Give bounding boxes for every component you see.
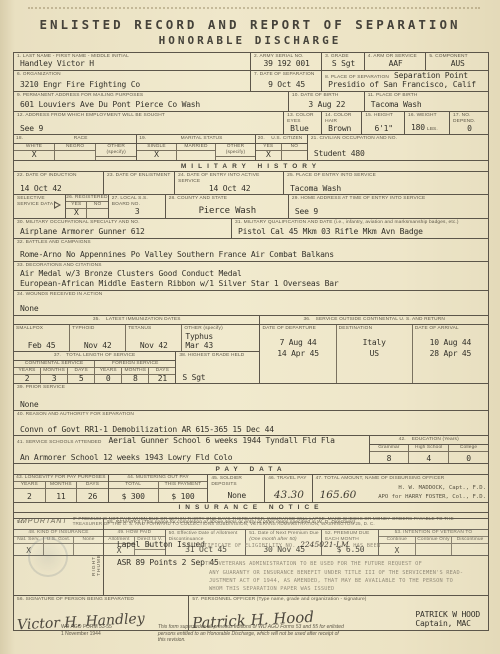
field-thumbprint-number: 54.	[17, 520, 101, 526]
row-pay: 43. LONGEVITY FOR PAY PURPOSES YEARS2 MO…	[14, 475, 488, 503]
field-registered-label: 26. REGISTERED	[66, 195, 108, 202]
field-decorations-line1: Air Medal w/3 Bronze Clusters Good Condu…	[17, 269, 486, 279]
registered-no-label: NO	[87, 202, 107, 209]
field-decorations-line2: European-African Middle Eastern Ribbon w…	[17, 279, 486, 289]
row-physical: 12. ADDRESS FROM WHICH EMPLOYMENT WILL B…	[14, 112, 488, 136]
field-date-induction: 22. DATE OF INDUCTION 14 Oct 42	[14, 172, 104, 195]
length-service-number: 37.	[54, 353, 61, 359]
field-race: 18. RACE WHITE X NEGRO OTHER (specify)	[14, 135, 137, 160]
arrival-row2: 28 Apr 45	[413, 350, 488, 359]
field-selective-service-data: SELECTIVE SERVICE DATA	[14, 195, 66, 218]
field-education-number: 42.	[399, 437, 406, 443]
longevity-days: DAYS26	[77, 482, 108, 502]
registered-option-no: NO	[87, 202, 107, 218]
stamp-certificate-line1a: A CERTIFICATE OF ELIGIBILITY NO.	[187, 543, 295, 549]
immunization-length-column: 35. LATEST IMMUNIZATION DATES SMALLPOX F…	[14, 316, 260, 383]
tetanus-value: Nov 42	[126, 342, 181, 351]
continental-days: DAYS5	[68, 368, 95, 384]
race-other-label: OTHER (specify)	[96, 144, 136, 157]
immunization-other: OTHER (specify) Typhus Mar 43	[182, 325, 259, 351]
field-qualifications-label: 31. MILITARY QUALIFICATION AND DATE (i.e…	[235, 220, 486, 226]
marital-option-other: OTHER (specify)	[216, 144, 255, 160]
field-longevity-label: 43. LONGEVITY FOR PAY PURPOSES	[14, 475, 108, 482]
section-pay-data: PAY DATA	[14, 464, 488, 475]
field-mos-label: 30. MILITARY OCCUPATIONAL SPECIALTY AND …	[17, 220, 229, 226]
field-mustering-out-pay: 44. MUSTERING OUT PAY TOTAL$ 300 THIS PA…	[109, 475, 209, 502]
field-serial-no: 2. ARMY SERIAL NO. 39 192 001	[251, 53, 322, 70]
field-mos: 30. MILITARY OCCUPATIONAL SPECIALTY AND …	[14, 219, 232, 238]
field-reason-separation-value: Convn of Govt RR1-1 Demobilization AR 61…	[17, 426, 486, 435]
field-prior-service: 39. PRIOR SERVICE None	[14, 384, 488, 410]
continental-years-value: 2	[14, 375, 40, 384]
field-civilian-occupation-label: 21. CIVILIAN OCCUPATION AND NO.	[311, 136, 486, 142]
field-local-board-value: 3	[112, 208, 163, 217]
field-employment-address-value: See 9	[17, 125, 281, 134]
field-color-hair-value: Brown	[325, 125, 359, 134]
field-place-birth: 11. PLACE OF BIRTH Tacoma Wash	[365, 92, 488, 111]
field-battles-campaigns-value: Rome-Arno No Appennines Po Valley Southe…	[17, 251, 486, 260]
field-highest-grade-label: 38. HIGHEST GRADE HELD	[179, 353, 257, 359]
field-race-title: RACE	[27, 136, 134, 142]
right-thumb-label: RIGHT THUMB	[92, 538, 102, 576]
field-weight-value: 180	[408, 124, 425, 133]
row-identity: 1. LAST NAME - FIRST NAME - MIDDLE INITI…	[14, 53, 488, 71]
field-last-name-value: Handley Victor H	[17, 60, 248, 69]
arrival-header: DATE OF ARRIVAL	[413, 325, 488, 333]
field-place-birth-label: 11. PLACE OF BIRTH	[368, 93, 486, 99]
field-date-active-service: 24. DATE OF ENTRY INTO ACTIVE SERVICE 14…	[175, 172, 284, 195]
field-personnel-officer-label: 57. PERSONNEL OFFICER (Type name, grade …	[192, 597, 486, 603]
field-total-amount-value: 165.60	[316, 489, 357, 501]
departure-row1: 7 Aug 44	[260, 339, 335, 348]
race-option-negro: NEGRO	[55, 144, 96, 160]
immunization-tetanus: TETANUS Nov 42	[126, 325, 182, 351]
longevity-months-value: 11	[46, 493, 77, 502]
round-stamp-smudge	[28, 537, 68, 577]
form-supersede-note: This form supersedes all previous editio…	[158, 624, 348, 644]
field-service-schools-line2: An Armorer School 12 weeks 1943 Lowry Fl…	[17, 454, 367, 463]
field-color-hair: 14. COLOR HAIR Brown	[322, 112, 362, 135]
field-thumbprint-box: 54. RIGHT THUMB	[14, 519, 104, 595]
field-employment-address-label: 12. ADDRESS FROM WHICH EMPLOYMENT WILL B…	[17, 113, 281, 119]
field-component-value: AUS	[429, 60, 486, 69]
field-travel-pay: 46. TRAVEL PAY 43.30	[265, 475, 312, 502]
field-civilian-occupation-value: Student 480	[311, 150, 486, 159]
field-soldier-deposits-label: 45. SOLDIER DEPOSITS	[211, 476, 262, 488]
field-citizen: 20. U.S. CITIZEN YES X NO	[256, 135, 308, 160]
field-soldier-deposits: 45. SOLDIER DEPOSITS None	[208, 475, 265, 502]
immunization-smallpox: SMALLPOX Feb 45	[14, 325, 70, 351]
marital-married-label: MARRIED	[177, 144, 216, 151]
field-place-entry: 25. PLACE OF ENTRY INTO SERVICE Tacoma W…	[284, 172, 488, 195]
field-height-value: 6'1"	[365, 125, 402, 134]
education-grammar: Grammar8	[370, 445, 410, 463]
disbursing-officer-for: APO for HARRY FOSTER, Col., F.D.	[378, 493, 486, 501]
row-prior-service: 39. PRIOR SERVICE None	[14, 384, 488, 411]
certificate-number: 2245021-LM	[300, 540, 349, 549]
row-decorations: 33. DECORATIONS AND CITATIONS Air Medal …	[14, 262, 488, 291]
field-place-birth-value: Tacoma Wash	[368, 101, 486, 110]
education-highschool-value: 4	[409, 455, 448, 464]
row-address: 9. PERMANENT ADDRESS FOR MAILING PURPOSE…	[14, 92, 488, 112]
field-reason-separation-label: 40. REASON AND AUTHORITY FOR SEPARATION	[17, 412, 486, 418]
field-wounds-value: None	[17, 305, 486, 314]
field-permanent-address-label: 9. PERMANENT ADDRESS FOR MAILING PURPOSE…	[17, 93, 286, 99]
field-home-address-entry: 29. HOME ADDRESS AT TIME OF ENTRY INTO S…	[289, 195, 488, 218]
perforation-edge	[28, 7, 480, 9]
row-induction: 22. DATE OF INDUCTION 14 Oct 42 23. DATE…	[14, 172, 488, 196]
field-dependents-label: 17. NO. DEPEND.	[453, 113, 486, 125]
row-remarks: 54. RIGHT THUMB 55. REMARKS (This space …	[14, 519, 488, 596]
form-title: ENLISTED RECORD AND REPORT OF SEPARATION	[0, 17, 500, 32]
service-outside-title: SERVICE OUTSIDE CONTINENTAL U. S. AND RE…	[316, 317, 445, 323]
field-permanent-address-value: 601 Louviers Ave Du Pont Pierce Co Wash	[17, 101, 286, 110]
field-highest-grade: 38. HIGHEST GRADE HELD S Sgt	[176, 352, 259, 384]
immunization-typhoid: TYPHOID Nov 42	[70, 325, 126, 351]
race-white-mark: X	[14, 151, 54, 160]
length-service-title: TOTAL LENGTH OF SERVICE	[66, 353, 135, 359]
form-revision-date: 1 November 1944	[61, 631, 112, 638]
citizen-yes-mark: X	[256, 151, 281, 160]
foreign-months-value: 8	[122, 375, 148, 384]
field-decorations: 33. DECORATIONS AND CITATIONS Air Medal …	[14, 262, 488, 290]
disbursing-officer-name: H. W. MADDOCK, Capt., F.D.	[378, 484, 486, 492]
field-county-state-label: 28. COUNTY AND STATE	[169, 196, 286, 202]
foreign-days-value: 21	[149, 375, 175, 384]
field-color-hair-label: 14. COLOR HAIR	[325, 113, 359, 125]
field-education: 42. EDUCATION (Years) Grammar8 High Scho…	[370, 436, 489, 463]
field-grade-value: S Sgt	[325, 60, 362, 69]
field-wounds-label: 34. WOUNDS RECEIVED IN ACTION	[17, 292, 486, 298]
field-race-number: 18.	[16, 136, 23, 142]
field-service-schools: 41. SERVICE SCHOOLS ATTENDED Aerial Gunn…	[14, 436, 370, 463]
stamp-certificate-line4: JUSTMENT ACT OF 1944, AS AMENDED, THAT M…	[117, 578, 486, 586]
field-total-amount-label: 47. TOTAL AMOUNT, NAME OF DISBURSING OFF…	[316, 476, 486, 482]
field-total-amount: 47. TOTAL AMOUNT, NAME OF DISBURSING OFF…	[313, 475, 488, 502]
field-immunization: 35. LATEST IMMUNIZATION DATES SMALLPOX F…	[14, 316, 259, 352]
selective-service-arrow-icon	[54, 201, 61, 209]
destination-row2: US	[337, 350, 412, 359]
field-civilian-occupation: 21. CIVILIAN OCCUPATION AND NO. Student …	[308, 135, 488, 160]
form-number-block: WD AGO FORM 53-55 1 November 1944	[61, 624, 112, 644]
field-qualifications: 31. MILITARY QUALIFICATION AND DATE (i.e…	[232, 219, 488, 238]
field-dependents-value: 0	[453, 125, 486, 134]
field-county-state-value: Pierce Wash	[169, 207, 286, 217]
field-home-address-entry-label: 29. HOME ADDRESS AT TIME OF ENTRY INTO S…	[292, 196, 486, 202]
field-place-separation-value2: Presidio of San Francisco, Calif	[325, 81, 486, 90]
field-organization-label: 6. ORGANIZATION	[17, 72, 248, 78]
row-reason-separation: 40. REASON AND AUTHORITY FOR SEPARATION …	[14, 411, 488, 436]
marital-option-single: SINGLE X	[137, 144, 177, 160]
foreign-years: YEARS0	[95, 368, 122, 384]
length-grade-row: 37. TOTAL LENGTH OF SERVICE CONTINENTAL …	[14, 352, 259, 384]
row-schools-education: 41. SERVICE SCHOOLS ATTENDED Aerial Gunn…	[14, 436, 488, 464]
field-height: 15. HEIGHT 6'1"	[362, 112, 405, 135]
field-battles-campaigns: 32. BATTLES AND CAMPAIGNS Rome-Arno No A…	[14, 239, 488, 261]
longevity-days-value: 26	[77, 493, 108, 502]
field-home-address-entry-value: See 9	[292, 208, 486, 217]
field-date-birth-value: 3 Aug 22	[292, 101, 362, 110]
selective-service-label: SELECTIVE SERVICE DATA	[17, 196, 55, 208]
foreign-days: DAYS21	[149, 368, 175, 384]
tetanus-label: TETANUS	[126, 325, 181, 333]
field-serial-no-value: 39 192 001	[254, 60, 319, 69]
field-service-schools-label: 41. SERVICE SCHOOLS ATTENDED	[17, 440, 102, 446]
field-last-name: 1. LAST NAME - FIRST NAME - MIDDLE INITI…	[14, 53, 251, 70]
field-date-separation-label: 7. DATE OF SEPARATION	[254, 72, 319, 78]
mustering-this-payment: THIS PAYMENT$ 100	[159, 482, 208, 502]
field-date-enlistment-label: 23. DATE OF ENLISTMENT	[107, 173, 172, 179]
field-soldier-deposits-value: None	[211, 492, 262, 501]
field-permanent-address: 9. PERMANENT ADDRESS FOR MAILING PURPOSE…	[14, 92, 289, 111]
service-outside-number: 36.	[303, 317, 310, 323]
field-place-entry-value: Tacoma Wash	[287, 185, 486, 194]
field-separatee-signature-label: 56. SIGNATURE OF PERSON BEING SEPARATED	[17, 597, 186, 603]
continental-service-label: CONTINENTAL SERVICE	[14, 361, 95, 367]
field-date-birth-label: 10. DATE OF BIRTH	[292, 93, 362, 99]
field-weight-label: 16. WEIGHT	[408, 113, 447, 119]
field-remarks-label: 55. REMARKS (This space for completion o…	[107, 520, 486, 526]
marital-other-label: OTHER (specify)	[216, 144, 255, 157]
mustering-this-payment-value: $ 100	[159, 493, 208, 502]
field-service-schools-line1: Aerial Gunner School 6 weeks 1944 Tyndal…	[106, 437, 335, 446]
field-wounds: 34. WOUNDS RECEIVED IN ACTION None	[14, 291, 488, 315]
field-arm-service: 4. ARM OR SERVICE AAF	[365, 53, 427, 70]
field-prior-service-label: 39. PRIOR SERVICE	[17, 385, 486, 391]
mustering-total-value: $ 300	[109, 493, 158, 502]
row-wounds: 34. WOUNDS RECEIVED IN ACTION None	[14, 291, 488, 316]
field-citizen-number: 20.	[258, 136, 265, 142]
continental-years: YEARS2	[14, 368, 41, 384]
field-mos-value: Airplane Armorer Gunner 612	[17, 228, 229, 237]
field-immunization-title: LATEST IMMUNIZATION DATES	[106, 317, 181, 323]
field-marital-number: 19.	[139, 136, 146, 142]
mustering-total: TOTAL$ 300	[109, 482, 159, 502]
stamp-certificate-line5: WHOM THIS SEPARATION PAPER WAS ISSUED	[117, 586, 486, 594]
education-college: College0	[449, 445, 488, 463]
field-marital-title: MARITAL STATUS	[150, 136, 252, 142]
field-organization-value: 3210 Engr Fire Fighting Co	[17, 81, 248, 90]
marital-option-married: MARRIED	[177, 144, 217, 160]
field-grade: 3. GRADE S Sgt	[322, 53, 365, 70]
foreign-service-label: FOREIGN SERVICE	[95, 361, 175, 367]
marital-single-mark: X	[137, 151, 176, 160]
row-organization: 6. ORGANIZATION 3210 Engr Fire Fighting …	[14, 71, 488, 92]
longevity-years-value: 2	[14, 493, 45, 502]
smallpox-label: SMALLPOX	[14, 325, 69, 333]
typhoid-label: TYPHOID	[70, 325, 125, 333]
departure-column: DATE OF DEPARTURE 7 Aug 44 14 Apr 45	[260, 325, 336, 383]
field-reason-separation: 40. REASON AND AUTHORITY FOR SEPARATION …	[14, 411, 488, 435]
destination-row1: Italy	[337, 339, 412, 348]
field-date-active-service-value: 14 Oct 42	[178, 185, 281, 194]
field-color-eyes-label: 13. COLOR EYES	[287, 113, 319, 125]
field-date-active-service-label: 24. DATE OF ENTRY INTO ACTIVE SERVICE	[178, 173, 281, 185]
field-date-induction-value: 14 Oct 42	[17, 185, 101, 194]
separation-document: { "doc":{ "title":"ENLISTED RECORD AND R…	[0, 0, 500, 654]
citizen-no-label: NO	[282, 144, 307, 151]
form-subtitle: HONORABLE DISCHARGE	[0, 34, 500, 47]
field-citizen-title: U.S. CITIZEN	[269, 136, 305, 142]
field-place-separation: 8. PLACE OF SEPARATION Separation Point …	[322, 71, 488, 91]
field-registered: 26. REGISTERED YES X NO	[66, 195, 109, 218]
continental-days-value: 5	[68, 375, 94, 384]
section-military-history: MILITARY HISTORY	[14, 161, 488, 172]
field-marital-status: 19. MARITAL STATUS SINGLE X MARRIED OTHE…	[137, 135, 256, 160]
field-weight: 16. WEIGHT 180 LBS.	[405, 112, 450, 135]
field-arm-service-value: AAF	[368, 60, 424, 69]
field-organization: 6. ORGANIZATION 3210 Engr Fire Fighting …	[14, 71, 251, 91]
departure-row2: 14 Apr 45	[260, 350, 335, 359]
field-education-title: EDUCATION (Years)	[412, 437, 459, 443]
row-selective-service: SELECTIVE SERVICE DATA 26. REGISTERED YE…	[14, 195, 488, 219]
field-immunization-number: 35.	[93, 317, 100, 323]
race-option-white: WHITE X	[14, 144, 55, 160]
destination-header: DESTINATION	[337, 325, 412, 333]
stamp-certificate-line1b: HAS BEEN	[353, 543, 380, 549]
main-form-table: 1. LAST NAME - FIRST NAME - MIDDLE INITI…	[13, 52, 489, 556]
field-county-state: 28. COUNTY AND STATE Pierce Wash	[166, 195, 289, 218]
field-date-birth: 10. DATE OF BIRTH 3 Aug 22	[289, 92, 365, 111]
foreign-months: MONTHS8	[122, 368, 149, 384]
field-date-induction-label: 22. DATE OF INDUCTION	[17, 173, 101, 179]
other-immunization-value2: Mar 43	[182, 342, 259, 351]
field-remarks: 55. REMARKS (This space for completion o…	[104, 519, 488, 595]
citizen-option-yes: YES X	[256, 144, 282, 160]
race-option-other: OTHER (specify)	[96, 144, 136, 160]
field-height-label: 15. HEIGHT	[365, 113, 402, 119]
field-date-enlistment: 23. DATE OF ENLISTMENT	[104, 172, 175, 195]
typhoid-value: Nov 42	[70, 342, 125, 351]
row-specialty: 30. MILITARY OCCUPATIONAL SPECIALTY AND …	[14, 219, 488, 239]
registered-yes-mark: X	[66, 209, 86, 218]
field-date-separation-value: 9 Oct 45	[254, 81, 319, 90]
field-total-length-service: 37. TOTAL LENGTH OF SERVICE CONTINENTAL …	[14, 352, 176, 384]
stamp-certificate-line3: ANY GUARANTY OR INSURANCE BENEFIT UNDER …	[117, 570, 486, 578]
form-footer: WD AGO FORM 53-55 1 November 1944 This f…	[13, 624, 489, 644]
continental-months-value: 3	[41, 375, 67, 384]
field-dependents: 17. NO. DEPEND. 0	[450, 112, 488, 135]
field-place-entry-label: 25. PLACE OF ENTRY INTO SERVICE	[287, 173, 486, 179]
remarks-typed-asr: ASR 89 Points 2 Sep 45	[117, 558, 219, 567]
field-date-separation: 7. DATE OF SEPARATION 9 Oct 45	[251, 71, 322, 91]
field-color-eyes-value: Blue	[287, 125, 319, 134]
education-grammar-value: 8	[370, 455, 409, 464]
stamp-certificate-line2: THE VETERANS ADMINISTRATION TO BE USED F…	[205, 561, 422, 567]
field-highest-grade-value: S Sgt	[179, 374, 257, 383]
field-color-eyes: 13. COLOR EYES Blue	[284, 112, 322, 135]
citizen-option-no: NO	[282, 144, 307, 160]
continental-months: MONTHS3	[41, 368, 68, 384]
longevity-years: YEARS2	[14, 482, 46, 502]
row-immunization-service: 35. LATEST IMMUNIZATION DATES SMALLPOX F…	[14, 316, 488, 384]
race-negro-label: NEGRO	[55, 144, 95, 151]
arrival-row1: 10 Aug 44	[413, 339, 488, 348]
field-weight-unit: LBS.	[427, 127, 438, 133]
row-race-marital: 18. RACE WHITE X NEGRO OTHER (specify)	[14, 135, 488, 161]
destination-column: DESTINATION Italy US	[337, 325, 413, 383]
field-local-board: 27. LOCAL S.S. BOARD NO. 3	[109, 195, 166, 218]
field-service-outside: 36. SERVICE OUTSIDE CONTINENTAL U. S. AN…	[260, 316, 488, 383]
smallpox-value: Feb 45	[14, 342, 69, 351]
field-employment-address: 12. ADDRESS FROM WHICH EMPLOYMENT WILL B…	[14, 112, 284, 135]
education-college-value: 0	[449, 455, 488, 464]
departure-header: DATE OF DEPARTURE	[260, 325, 335, 333]
arrival-column: DATE OF ARRIVAL 10 Aug 44 28 Apr 45	[413, 325, 488, 383]
field-component: 5. COMPONENT AUS	[426, 53, 488, 70]
field-longevity: 43. LONGEVITY FOR PAY PURPOSES YEARS2 MO…	[14, 475, 109, 502]
remarks-signature-table: 54. RIGHT THUMB 55. REMARKS (This space …	[13, 518, 489, 631]
foreign-years-value: 0	[95, 375, 121, 384]
form-number: WD AGO FORM 53-55	[61, 624, 112, 631]
section-insurance-notice: INSURANCE NOTICE	[14, 503, 488, 514]
field-mustering-label: 44. MUSTERING OUT PAY	[109, 475, 208, 482]
longevity-months: MONTHS11	[46, 482, 78, 502]
field-battles-campaigns-label: 32. BATTLES AND CAMPAIGNS	[17, 240, 486, 246]
field-travel-pay-label: 46. TRAVEL PAY	[268, 476, 309, 482]
field-travel-pay-value: 43.30	[268, 489, 309, 501]
field-qualifications-value: Pistol Cal 45 Mkm 03 Rifle Mkm Avn Badge	[235, 228, 486, 237]
field-prior-service-value: None	[17, 401, 486, 410]
registered-option-yes: YES X	[66, 202, 87, 218]
education-highschool: High School4	[409, 445, 449, 463]
row-battles: 32. BATTLES AND CAMPAIGNS Rome-Arno No A…	[14, 239, 488, 262]
